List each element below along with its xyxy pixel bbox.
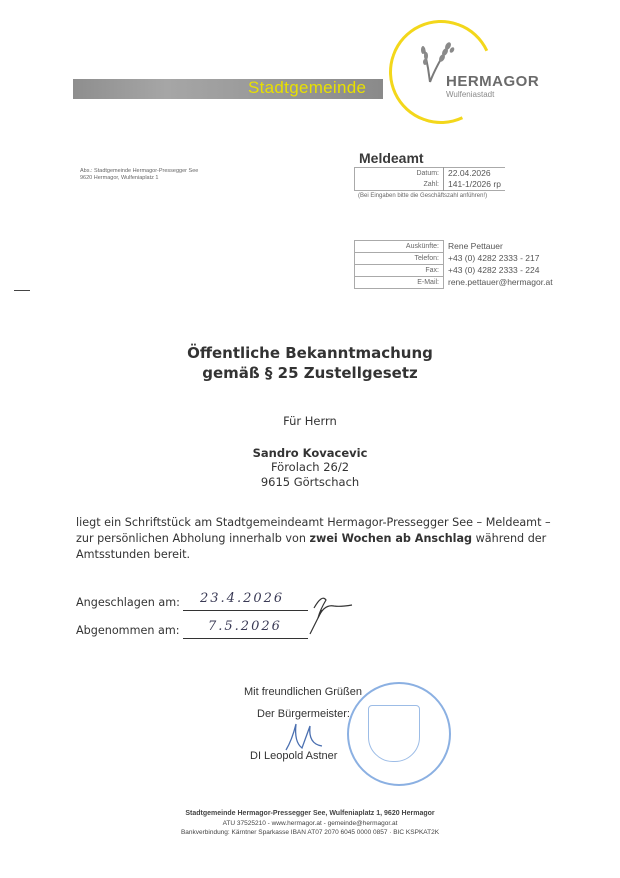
sender-line-1: Abs.: Stadtgemeinde Hermagor-Pressegger …	[80, 168, 198, 175]
salutation: Für Herrn	[0, 414, 620, 429]
recipient-name: Sandro Kovacevic	[0, 446, 620, 461]
contact-row: E-Mail: rene.pettauer@hermagor.at	[355, 277, 557, 289]
contact-row: Auskünfte: Rene Pettauer	[355, 241, 557, 253]
contact-value: Rene Pettauer	[444, 241, 557, 253]
fold-mark	[14, 290, 30, 291]
initials-signature-icon	[300, 588, 360, 638]
contact-value: +43 (0) 4282 2333 - 217	[444, 253, 557, 265]
contact-row: Fax: +43 (0) 4282 2333 - 224	[355, 265, 557, 277]
contact-label: Fax:	[355, 265, 444, 277]
signer-name: DI Leopold Astner	[250, 750, 337, 762]
reference-table: Datum: 22.04.2026 Zahl: 141-1/2026 rp	[354, 167, 505, 191]
footer-line-2: ATU 37525210 - www.hermagor.at - gemeind…	[0, 820, 620, 827]
posted-date: 23.4.2026	[200, 591, 284, 606]
reference-value: 22.04.2026	[444, 168, 505, 180]
contact-label: E-Mail:	[355, 277, 444, 289]
reference-hint: (Bei Eingaben bitte die Geschäftszahl an…	[358, 193, 487, 199]
contact-label: Telefon:	[355, 253, 444, 265]
title-line-2: gemäß § 25 Zustellgesetz	[0, 363, 620, 383]
closing-text: Mit freundlichen Grüßen	[244, 686, 362, 698]
removed-label: Abgenommen am:	[76, 624, 180, 637]
removed-date: 7.5.2026	[208, 619, 282, 634]
coat-of-arms-icon	[368, 705, 420, 762]
posted-label: Angeschlagen am:	[76, 596, 180, 609]
contact-value: +43 (0) 4282 2333 - 224	[444, 265, 557, 277]
body-emphasis: zwei Wochen ab Anschlag	[310, 532, 473, 545]
recipient-street: Förolach 26/2	[0, 460, 620, 475]
footer-line-1: Stadtgemeinde Hermagor-Pressegger See, W…	[0, 810, 620, 817]
contact-email[interactable]: rene.pettauer@hermagor.at	[444, 277, 557, 289]
reference-row: Zahl: 141-1/2026 rp	[355, 179, 505, 191]
logo-subtitle: Wulfeniastadt	[446, 90, 494, 99]
removed-line	[183, 638, 308, 639]
notice-body: liegt ein Schriftstück am Stadtgemeindea…	[76, 515, 556, 563]
recipient-city: 9615 Görtschach	[0, 475, 620, 490]
reference-value: 141-1/2026 rp	[444, 179, 505, 191]
department-title: Meldeamt	[359, 150, 424, 166]
banner-text: Stadtgemeinde	[248, 78, 366, 98]
logo-name: HERMAGOR	[446, 73, 539, 90]
footer-line-3: Bankverbindung: Kärntner Sparkasse IBAN …	[0, 829, 620, 836]
sender-address: Abs.: Stadtgemeinde Hermagor-Pressegger …	[80, 168, 198, 182]
posted-line	[183, 610, 308, 611]
signer-role: Der Bürgermeister:	[257, 708, 350, 720]
notice-title: Öffentliche Bekanntmachung gemäß § 25 Zu…	[0, 343, 620, 383]
contact-label: Auskünfte:	[355, 241, 444, 253]
sender-line-2: 9620 Hermagor, Wulfeniaplatz 1	[80, 175, 198, 182]
reference-label: Datum:	[355, 168, 444, 180]
contact-row: Telefon: +43 (0) 4282 2333 - 217	[355, 253, 557, 265]
reference-row: Datum: 22.04.2026	[355, 168, 505, 180]
title-line-1: Öffentliche Bekanntmachung	[0, 343, 620, 363]
reference-label: Zahl:	[355, 179, 444, 191]
contact-table: Auskünfte: Rene Pettauer Telefon: +43 (0…	[354, 240, 557, 289]
